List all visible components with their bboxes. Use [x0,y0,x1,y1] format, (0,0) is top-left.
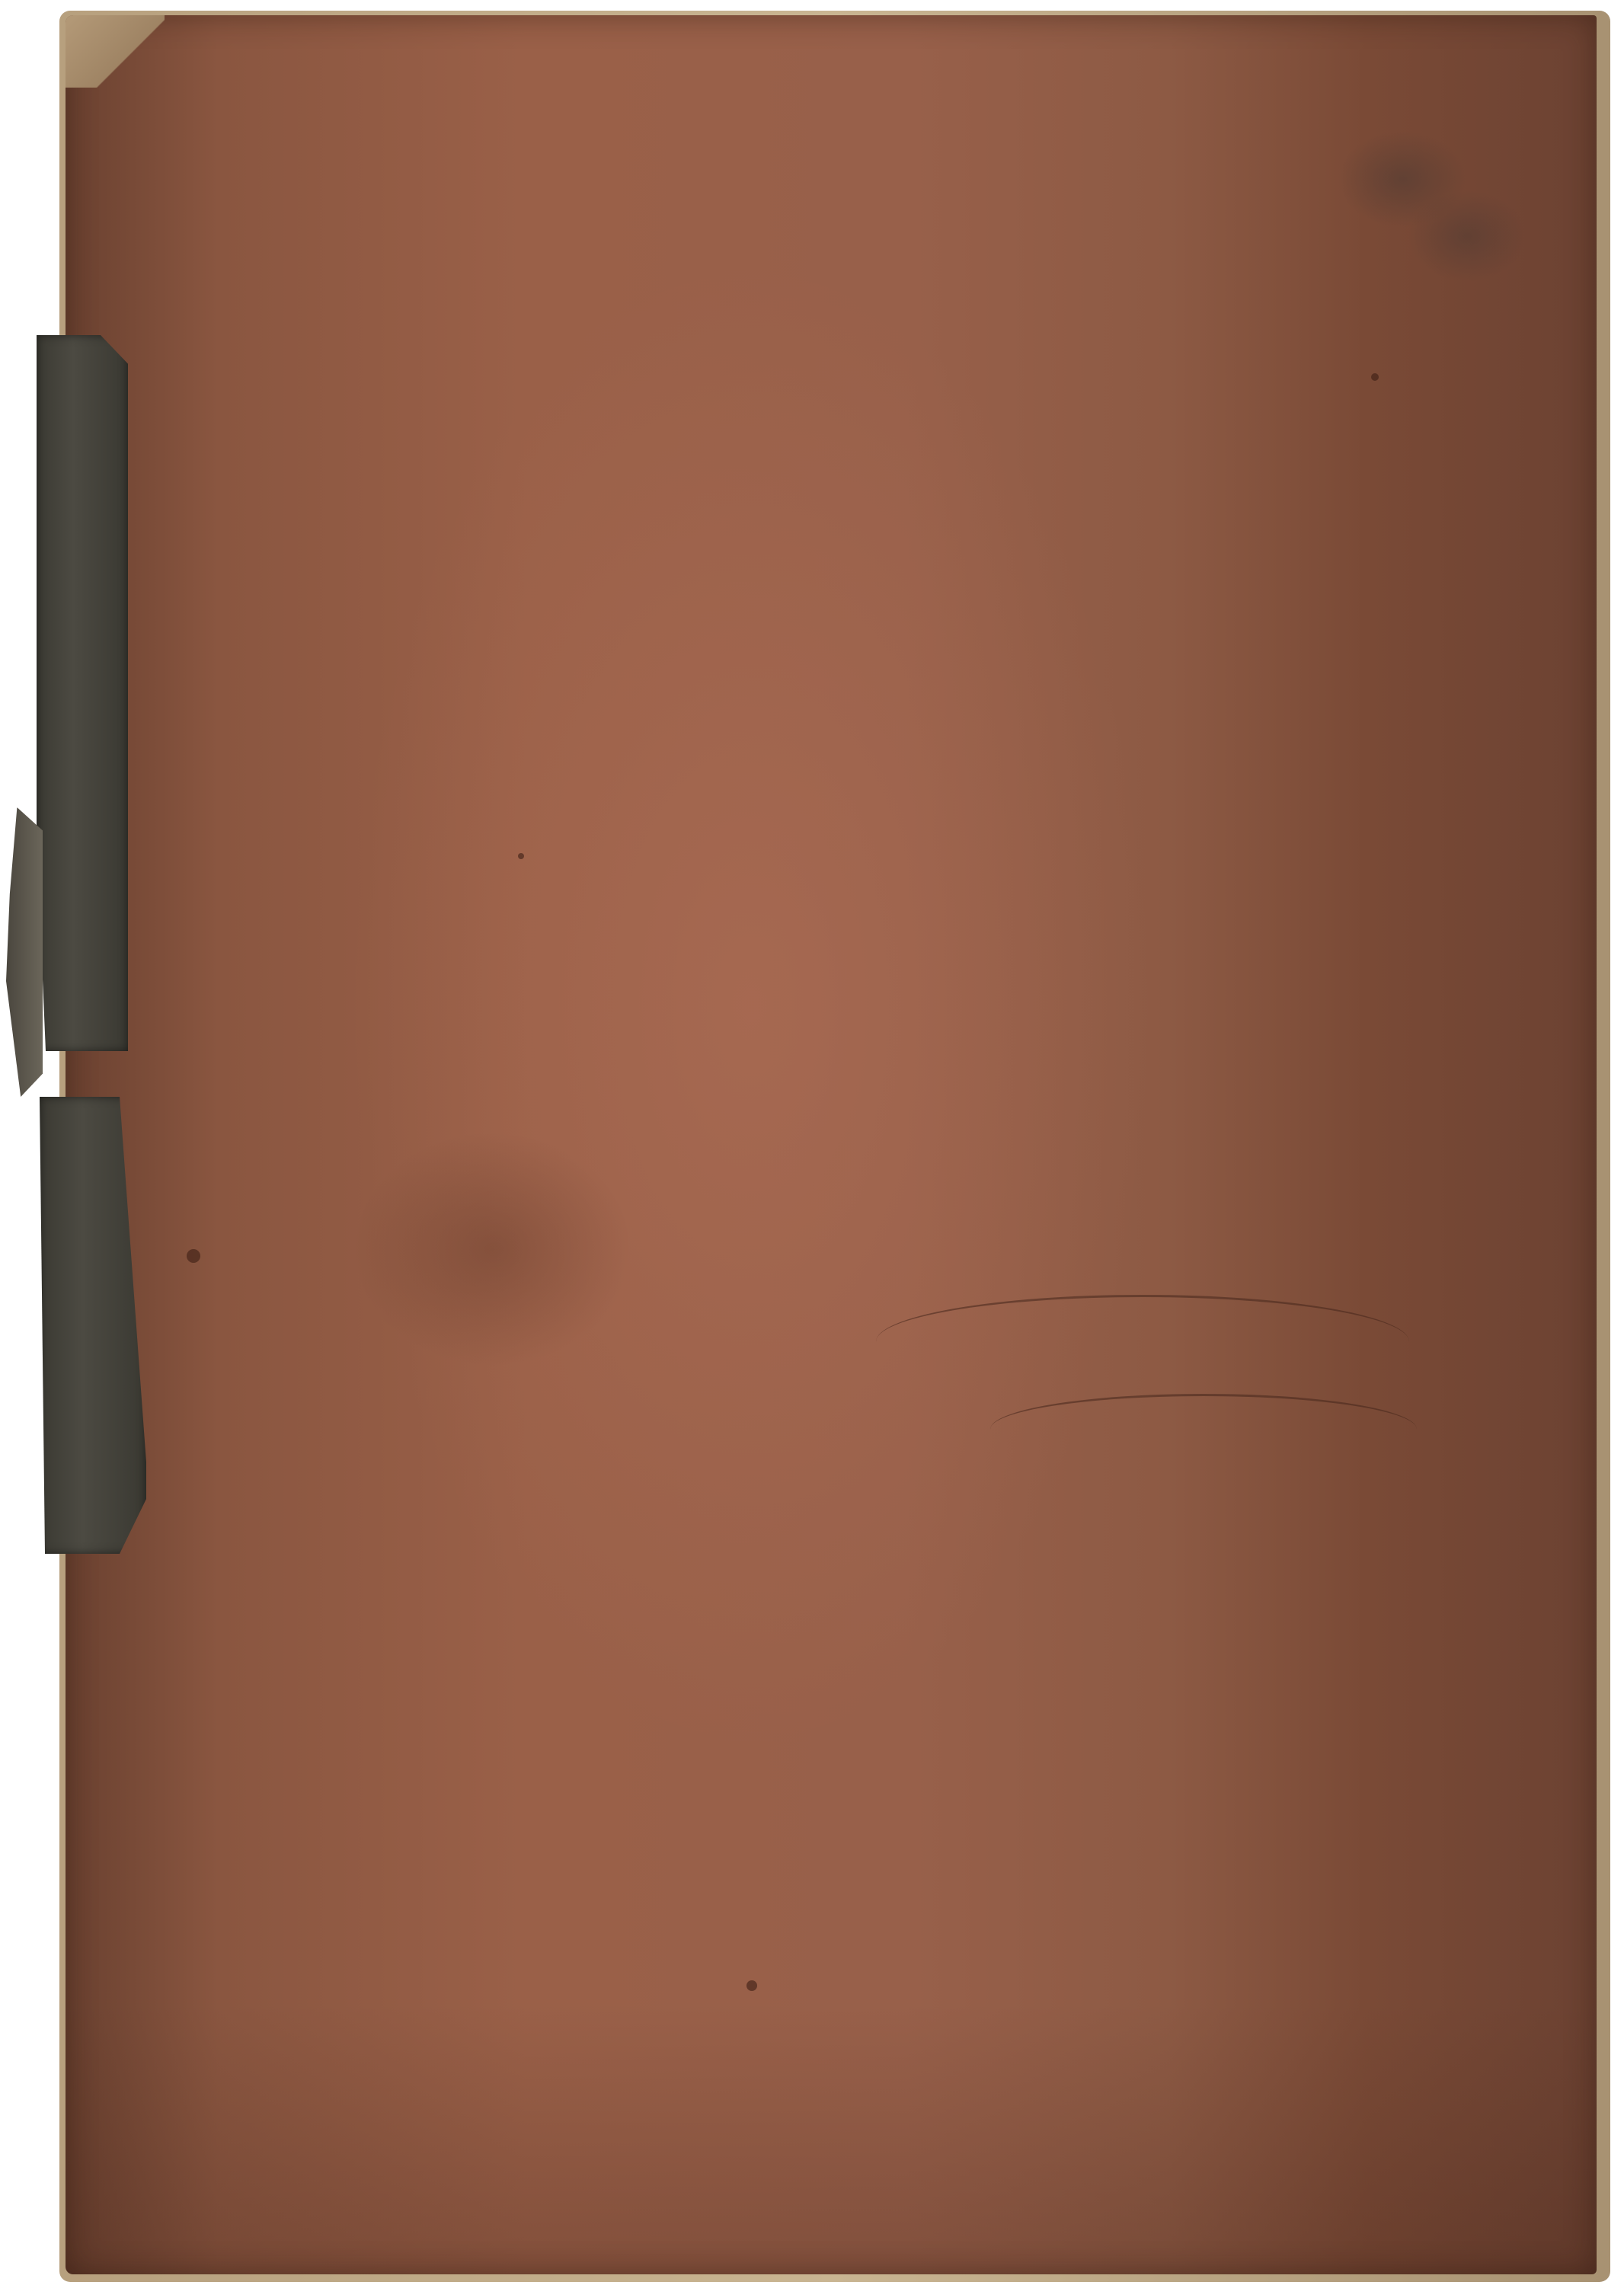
cover-crease [990,1394,1417,1465]
book-cover [66,15,1597,2274]
stain-spot [1371,373,1379,381]
spine-cloth-strip-upper [37,335,128,1051]
torn-corner [66,15,165,88]
cover-crease [876,1295,1409,1389]
stain-spot [518,853,524,859]
stain-spot [746,1980,757,1991]
stain-spot [187,1249,200,1263]
clasp-remnant [6,807,43,1097]
